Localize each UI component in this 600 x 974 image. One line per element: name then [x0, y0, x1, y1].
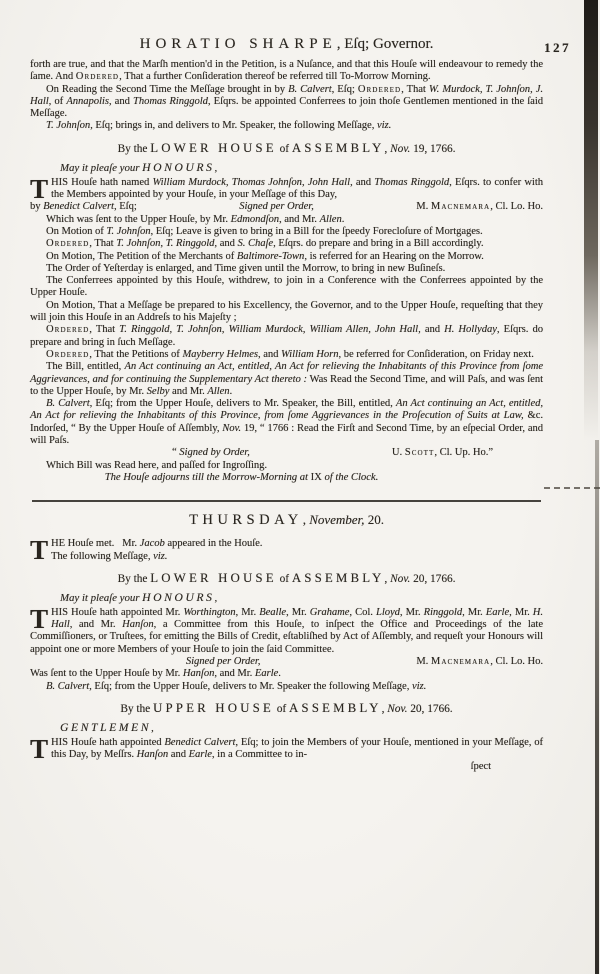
drop-cap-T: T [30, 738, 48, 761]
para-petitions-helmes-horn: Ordered, That the Petitions of Mayberry … [30, 349, 543, 361]
section-divider [32, 500, 541, 502]
sig-right: U. Scott, Cl. Up. Ho.” [392, 447, 493, 459]
adjournment-line: The Houſe adjourns till the Morrow-Morni… [30, 472, 543, 484]
para-calvert-delivers-bill: B. Calvert, Eſq; from the Upper Houſe, d… [30, 398, 543, 447]
catchword: ſpect [30, 761, 543, 773]
salutation-gentlemen: GENTLEMEN, [30, 721, 543, 734]
para-motion-address-majesty: On Motion, That a Meſſage be prepared to… [30, 300, 543, 325]
para-text: HE Houſe met. Mr. Jacob appeared in the … [51, 538, 262, 561]
para-marsh-petition: forth are true, and that the Marſh menti… [30, 59, 543, 84]
salutation-honours-nov19: May it pleaſe your HONOURS, [30, 161, 543, 174]
para-calvert-joins-committee: THIS Houſe hath appointed Benedict Calve… [30, 737, 543, 762]
drop-cap-T: T [30, 178, 48, 201]
running-header-title: HORATIO SHARPE, Eſq; Governor. [30, 36, 543, 53]
para-second-reading-conferrees: On Reading the Second Time the Meſſage b… [30, 84, 543, 121]
heading-upper-house-nov20: By the UPPER HOUSE of ASSEMBLY, Nov. 20,… [30, 701, 543, 716]
sig-right: M. Macnemara, Cl. Lo. Ho. [416, 201, 543, 213]
salutation-honours-nov20: May it pleaſe your HONOURS, [30, 591, 543, 604]
para-committee-bills-of-credit: THIS Houſe hath appointed Mr. Worthingto… [30, 607, 543, 656]
heading-thursday-nov20: THURSDAY, November, 20. [30, 512, 543, 529]
signature-scott-upper-house: “ Signed by Order, U. Scott, Cl. Up. Ho.… [30, 447, 543, 459]
scan-edge-artifact-bottom [595, 440, 599, 974]
para-calvert-delivers-message: B. Calvert, Eſq; from the Upper Houſe, d… [30, 681, 543, 693]
sig-left: “ Signed by Order, [172, 447, 250, 459]
drop-cap-T: T [30, 608, 48, 631]
drop-cap-T: T [30, 539, 48, 562]
para-house-hath-named: THIS Houſe hath named William Murdock, T… [30, 177, 543, 202]
para-text: HIS Houſe hath appointed Mr. Worthington… [30, 607, 543, 655]
heading-lower-house-nov19: By the LOWER HOUSE of ASSEMBLY, Nov. 19,… [30, 141, 543, 156]
para-sent-upper-house: Which was ſent to the Upper Houſe, by Mr… [30, 214, 543, 226]
para-text: HIS Houſe hath appointed Benedict Calver… [51, 737, 543, 760]
para-order-enlarged: The Order of Yeſterday is enlarged, and … [30, 263, 543, 275]
para-ordered-prepare-message: Ordered, That T. Ringgold, T. Johnſon, W… [30, 324, 543, 349]
scan-dash-artifact [544, 487, 600, 489]
scan-edge-artifact-top [584, 0, 598, 440]
para-bill-second-reading: The Bill, entitled, An Act continuing an… [30, 361, 543, 398]
para-sent-by-hanson-earle: Was ſent to the Upper Houſe by Mr. Hanſo… [30, 668, 543, 680]
sig-center: Signed per Order, [186, 656, 261, 668]
text-column: forth are true, and that the Marſh menti… [30, 59, 543, 774]
signature-macnemara-nov20: Signed per Order, M. Macnemara, Cl. Lo. … [30, 656, 543, 668]
heading-lower-house-nov20: By the LOWER HOUSE of ASSEMBLY, Nov. 20,… [30, 571, 543, 586]
para-johnson-delivers-message: T. Johnſon, Eſq; brings in, and delivers… [30, 120, 543, 132]
para-ordered-prepare-bill: Ordered, That T. Johnſon, T. Ringgold, a… [30, 238, 543, 250]
scanned-document-page: HORATIO SHARPE, Eſq; Governor. 127 forth… [0, 0, 600, 974]
sig-right: M. Macnemara, Cl. Lo. Ho. [416, 656, 543, 668]
para-house-met: THE Houſe met. Mr. Jacob appeared in the… [30, 538, 543, 563]
para-conferrees-withdrew: The Conferrees appointed by this Houſe, … [30, 275, 543, 300]
para-baltimore-merchants-petition: On Motion, The Petition of the Merchants… [30, 251, 543, 263]
para-bill-ingrossing: Which Bill was Read here, and paſſed for… [30, 460, 543, 472]
page-number: 127 [544, 40, 571, 56]
sig-left: by Benedict Calvert, Eſq; [30, 201, 137, 213]
sig-center: Signed per Order, [239, 201, 314, 213]
para-text: HIS Houſe hath named William Murdock, Th… [51, 177, 543, 200]
para-motion-foreclosure-bill: On Motion of T. Johnſon, Eſq; Leave is g… [30, 226, 543, 238]
signature-macnemara-nov19: by Benedict Calvert, Eſq; Signed per Ord… [30, 201, 543, 213]
